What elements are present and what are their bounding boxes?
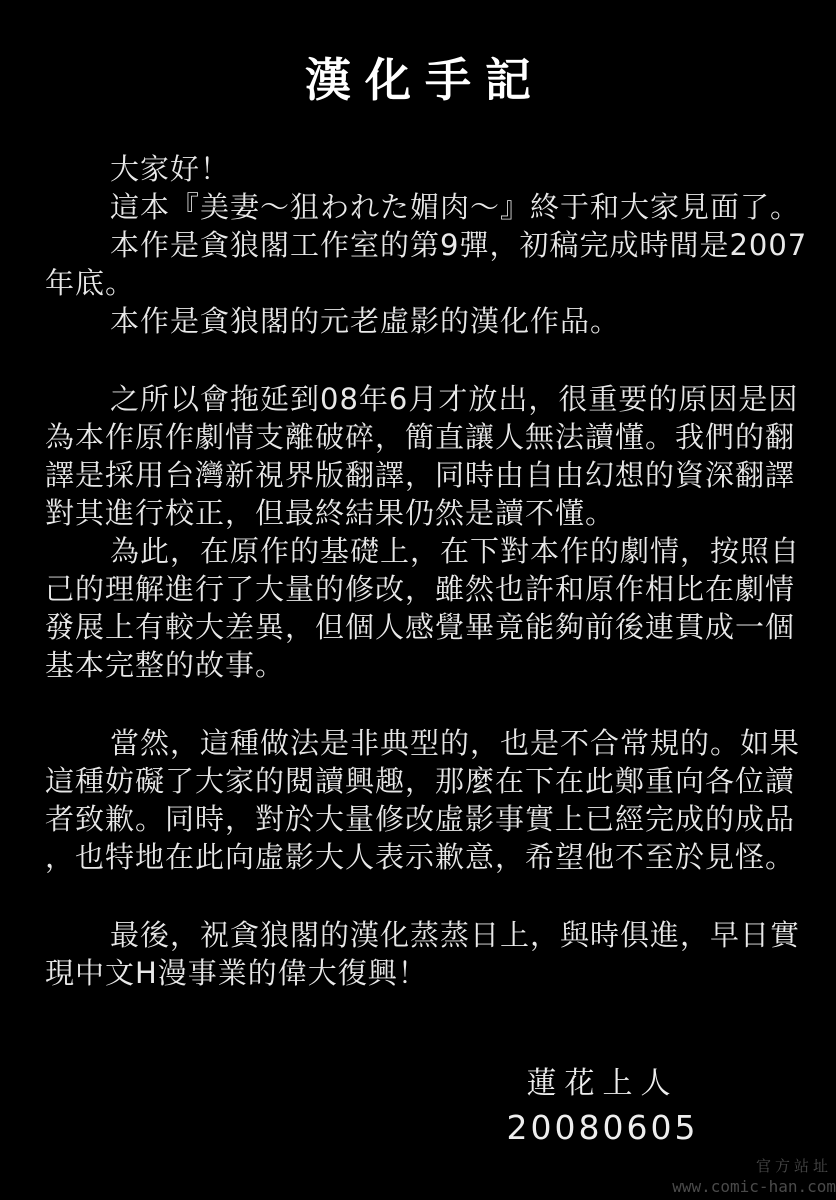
- text-line: 發展上有較大差異，但個人感覺畢竟能夠前後連貫成一個: [45, 608, 805, 646]
- text-line: 當然，這種做法是非典型的，也是不合常規的。如果: [45, 724, 805, 762]
- text-line: 年底。: [45, 264, 805, 302]
- text-line: 為本作原作劇情支離破碎，簡直讓人無法讀懂。我們的翻: [45, 418, 805, 456]
- text-line: 基本完整的故事。: [45, 646, 805, 684]
- text-line: 大家好！: [45, 150, 805, 188]
- text-line: 最後，祝貪狼閣的漢化蒸蒸日上，與時俱進，早日實: [45, 916, 805, 954]
- paragraph-block: 當然，這種做法是非典型的，也是不合常規的。如果這種妨礙了大家的閱讀興趣，那麼在下…: [45, 724, 805, 876]
- text-line: 譯是採用台灣新視界版翻譯，同時由自由幻想的資深翻譯: [45, 456, 805, 494]
- text-line: 之所以會拖延到08年6月才放出，很重要的原因是因: [45, 380, 805, 418]
- text-line: 本作是貪狼閣工作室的第9彈，初稿完成時間是2007: [45, 226, 805, 264]
- text-line: 這本『美妻～狙われた媚肉～』終于和大家見面了。: [45, 188, 805, 226]
- watermark-label: 官方站址: [672, 1156, 836, 1176]
- watermark-url: www.comic-han.com: [672, 1176, 836, 1198]
- paragraph-block: 之所以會拖延到08年6月才放出，很重要的原因是因為本作原作劇情支離破碎，簡直讓人…: [45, 380, 805, 684]
- signature-date: 20080605: [455, 1106, 750, 1150]
- text-line: 現中文H漫事業的偉大復興！: [45, 954, 805, 992]
- page-title: 漢化手記: [0, 44, 836, 110]
- text-line: ，也特地在此向虛影大人表示歉意，希望他不至於見怪。: [45, 838, 805, 876]
- signature-block: 蓮花上人 20080605: [455, 1062, 750, 1150]
- text-line: 對其進行校正，但最終結果仍然是讀不懂。: [45, 494, 805, 532]
- text-line: 己的理解進行了大量的修改，雖然也許和原作相比在劇情: [45, 570, 805, 608]
- text-line: 者致歉。同時，對於大量修改虛影事實上已經完成的成品: [45, 800, 805, 838]
- site-watermark: 官方站址 www.comic-han.com: [672, 1156, 836, 1198]
- body-text: 大家好！這本『美妻～狙われた媚肉～』終于和大家見面了。本作是貪狼閣工作室的第9彈…: [45, 150, 805, 992]
- paragraph-block: 最後，祝貪狼閣的漢化蒸蒸日上，與時俱進，早日實現中文H漫事業的偉大復興！: [45, 916, 805, 992]
- translation-notes-page: 漢化手記 大家好！這本『美妻～狙われた媚肉～』終于和大家見面了。本作是貪狼閣工作…: [0, 0, 836, 1200]
- signature-name: 蓮花上人: [455, 1062, 750, 1106]
- text-line: 為此，在原作的基礎上，在下對本作的劇情，按照自: [45, 532, 805, 570]
- text-line: 這種妨礙了大家的閱讀興趣，那麼在下在此鄭重向各位讀: [45, 762, 805, 800]
- text-line: 本作是貪狼閣的元老虛影的漢化作品。: [45, 302, 805, 340]
- paragraph-block: 大家好！這本『美妻～狙われた媚肉～』終于和大家見面了。本作是貪狼閣工作室的第9彈…: [45, 150, 805, 340]
